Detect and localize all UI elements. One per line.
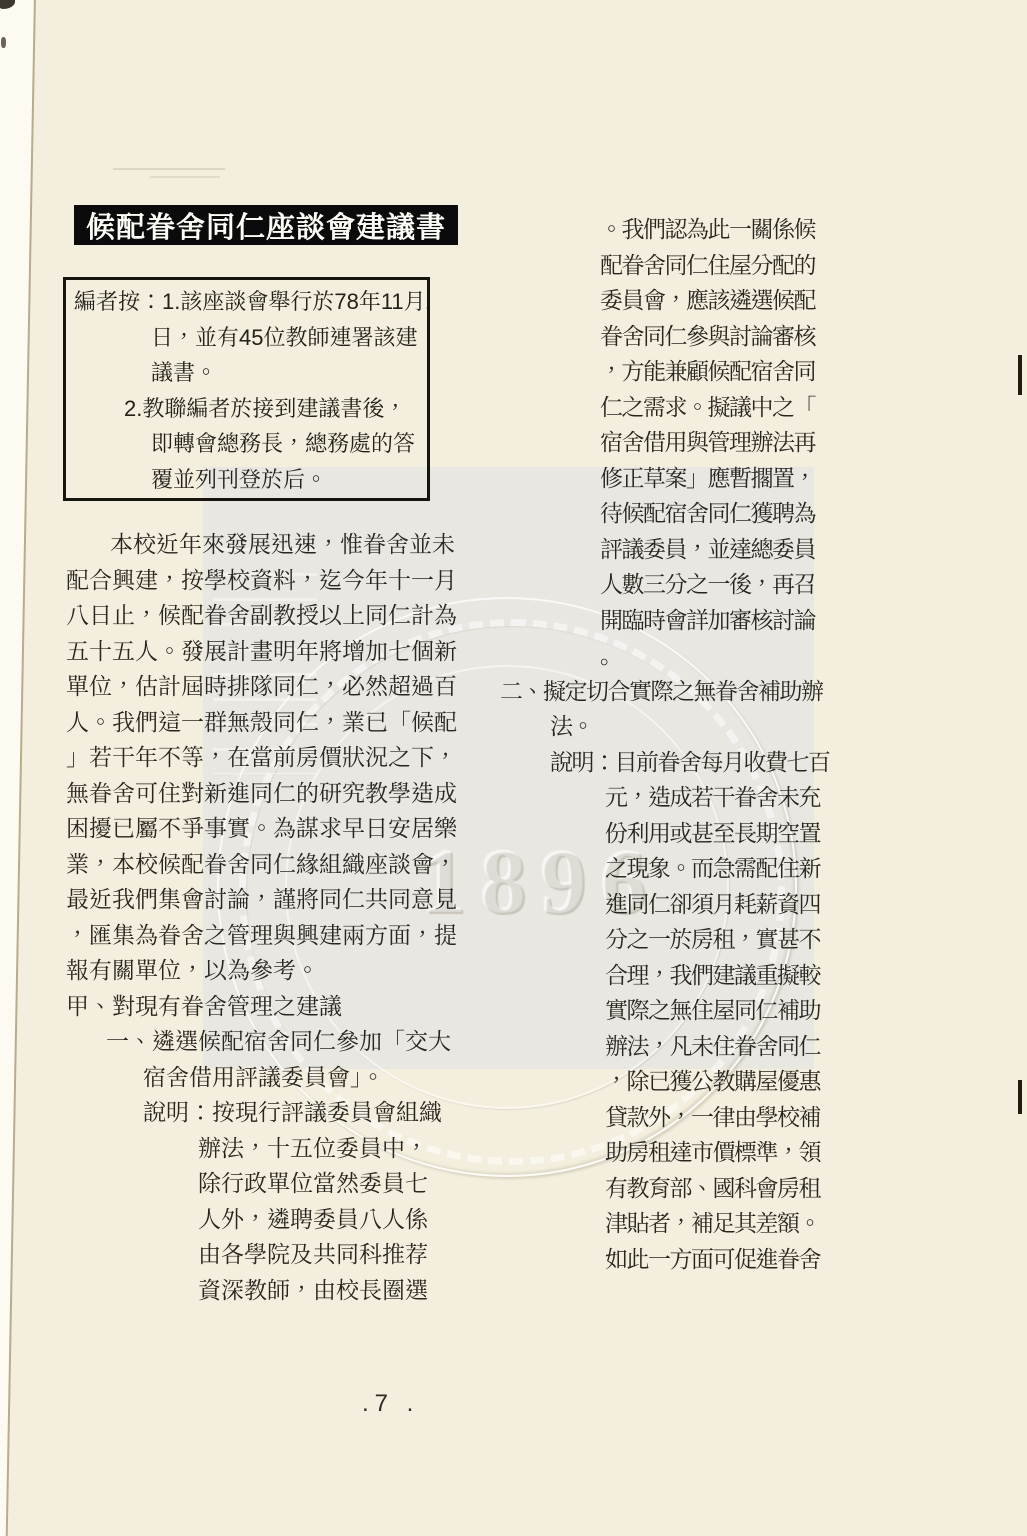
page-right-edge <box>1007 0 1027 1536</box>
text-line: 人外，遴聘委員八人係 <box>66 1202 496 1238</box>
text-line: 開臨時會詳加審核討論 <box>500 603 840 639</box>
text-line: 單位，估計屆時排隊同仁，必然超過百 <box>66 669 496 705</box>
text-line: 助房租達市價標準，領 <box>500 1135 840 1171</box>
text-line: 業，本校候配眷舍同仁緣組織座談會， <box>66 847 496 883</box>
text-line: 人數三分之一後，再召 <box>500 567 840 603</box>
text-line: 實際之無住屋同仁補助 <box>500 993 840 1029</box>
text-line: 報有關單位，以為參考。 <box>66 953 496 989</box>
text-line: ，匯集為眷舍之管理與興建兩方面，提 <box>66 918 496 954</box>
text-line: 人。我們這一群無殼同仁，業已「候配 <box>66 705 496 741</box>
text-line: 。我們認為此一關係候 <box>500 212 840 248</box>
left-text-column: 本校近年來發展迅速，惟眷舍並未 配合興建，按學校資料，迄今年十一月 八日止，候配… <box>66 527 496 1308</box>
text-line: 辦法，十五位委員中， <box>66 1131 496 1167</box>
text-line: 除行政單位當然委員七 <box>66 1166 496 1202</box>
text-line: 八日止，候配眷舍副教授以上同仁計為 <box>66 598 496 634</box>
text-line: 如此一方面可促進眷舍 <box>500 1242 840 1278</box>
text-line: 宿舍借用評議委員會」。 <box>66 1060 496 1096</box>
text-line: 合理，我們建議重擬較 <box>500 958 840 994</box>
text-line: 說明：按現行評議委員會組織 <box>66 1095 496 1131</box>
text-line: 待候配宿舍同仁獲聘為 <box>500 496 840 532</box>
text-line: 五十五人。發展計畫明年將增加七個新 <box>66 634 496 670</box>
text-line: 修正草案」應暫擱置， <box>500 461 840 497</box>
article-title-bar: 候配眷舍同仁座談會建議書 <box>75 206 457 244</box>
text-line: 配合興建，按學校資料，迄今年十一月 <box>66 563 496 599</box>
list-item: 二、擬定切合實際之無眷舍補助辦 <box>500 674 840 710</box>
text-line: ，除已獲公教購屋優惠 <box>500 1064 840 1100</box>
binding-mark <box>1018 355 1022 395</box>
text-line: 份利用或甚至長期空置 <box>500 816 840 852</box>
text-line: 分之一於房租，實甚不 <box>500 922 840 958</box>
editor-note-line: 即轉會總務長，總務處的答 <box>74 426 427 462</box>
text-line: 仁之需求。擬議中之「 <box>500 390 840 426</box>
section-heading: 甲、對現有眷舍管理之建議 <box>66 989 496 1025</box>
text-line: 進同仁卻須月耗薪資四 <box>500 887 840 923</box>
text-line: 有教育部、國科會房租 <box>500 1171 840 1207</box>
text-line: 由各學院及共同科推荐 <box>66 1237 496 1273</box>
text-line: 說明：目前眷舍每月收費七百 <box>500 745 840 781</box>
ink-bleed-artifact <box>113 168 225 170</box>
text-line: 」若干年不等，在當前房價狀況之下， <box>66 740 496 776</box>
scan-speck <box>1 37 6 48</box>
text-line: 眷舍同仁參與討論審核 <box>500 319 840 355</box>
page-number: .7 . <box>362 1390 419 1418</box>
editor-note-line: 編者按：1.該座談會舉行於78年11月24 <box>74 284 427 320</box>
text-line: 元，造成若干眷舍未充 <box>500 780 840 816</box>
text-line: 評議委員，並達總委員 <box>500 532 840 568</box>
text-line: 困擾已屬不爭事實。為謀求早日安居樂 <box>66 811 496 847</box>
text-line: 。 <box>500 638 840 674</box>
binding-mark <box>1018 1080 1022 1114</box>
text-line: 宿舍借用與管理辦法再 <box>500 425 840 461</box>
right-text-column: 。我們認為此一關係候 配眷舍同仁住屋分配的 委員會，應該遴選候配 眷舍同仁參與討… <box>500 212 840 1277</box>
editor-note-line: 覆並列刊登於后。 <box>74 462 427 498</box>
text-line: 無眷舍可住對新進同仁的研究教學造成 <box>66 776 496 812</box>
text-line: 配眷舍同仁住屋分配的 <box>500 248 840 284</box>
text-line: 資深教師，由校長圈選 <box>66 1273 496 1309</box>
text-line: 貸款外，一律由學校補 <box>500 1100 840 1136</box>
editor-note-box: 編者按：1.該座談會舉行於78年11月24 日，並有45位教師連署該建 議書。 … <box>63 277 430 501</box>
text-line: 委員會，應該遴選候配 <box>500 283 840 319</box>
text-line: ，方能兼顧候配宿舍同 <box>500 354 840 390</box>
text-line: 津貼者，補足其差額。 <box>500 1206 840 1242</box>
editor-note-line: 日，並有45位教師連署該建 <box>74 320 427 356</box>
editor-note-line: 議書。 <box>74 355 427 391</box>
text-line: 最近我們集會討論，謹將同仁共同意見 <box>66 882 496 918</box>
scanned-document-page: 1896 候配眷舍同仁座談會建議書 編者按：1.該座談會舉行於78年11月24 … <box>0 0 1027 1536</box>
text-line: 辦法，凡未住眷舍同仁 <box>500 1029 840 1065</box>
list-item: 一、遴選候配宿舍同仁參加「交大 <box>66 1024 496 1060</box>
ink-bleed-artifact <box>150 176 220 178</box>
text-line: 法。 <box>500 709 840 745</box>
editor-note-line: 2.教聯編者於接到建議書後， <box>74 391 427 427</box>
article-title: 候配眷舍同仁座談會建議書 <box>86 205 446 246</box>
text-line: 本校近年來發展迅速，惟眷舍並未 <box>66 527 496 563</box>
text-line: 之現象。而急需配住新 <box>500 851 840 887</box>
